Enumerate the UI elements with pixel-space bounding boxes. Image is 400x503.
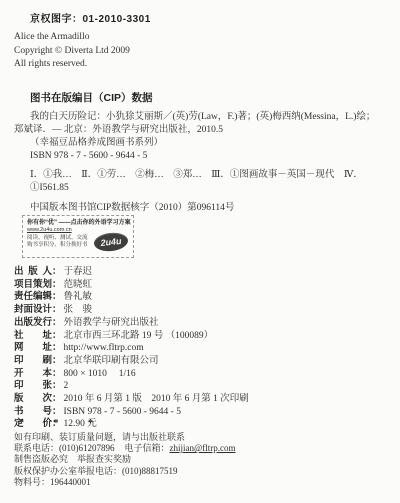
colophon-row-edition: 版次：2010 年 6 月第 1 版 2010 年 6 月第 1 次印刷	[14, 393, 394, 406]
colophon-colon: ：	[52, 355, 62, 366]
promo-website-link: www.2u4u.com.cn	[27, 227, 93, 235]
colophon-row-publishing-house: 出版发行：外语教学与研究出版社	[14, 317, 394, 330]
cip-series-line: （幸福豆品格养成图画书系列）	[14, 137, 390, 150]
colophon-row-publisher: 出版人：于春迟	[14, 266, 394, 279]
colophon-label: 书号	[14, 406, 52, 418]
promo-services-line: 阅读、视听、测试、交流	[27, 235, 93, 243]
colophon-value: ISBN 978 - 7 - 5600 - 9644 - 5	[62, 407, 181, 417]
english-copyright: Copyright © Diverta Ltd 2009	[14, 45, 130, 59]
colophon-value: 张 骏	[62, 305, 93, 315]
footer-anti-piracy-line: 制售盗版必究 举报查实奖励	[14, 454, 394, 465]
promo-points-line: 购书享积分、积分换好书	[27, 242, 93, 250]
colophon-colon: ：	[52, 393, 62, 404]
colophon-row-website: 网址：http://www.fltrp.com	[14, 342, 394, 355]
promo-box: 你有你“优” ——点击你的外语学习方案 www.2u4u.com.cn 阅读、视…	[22, 215, 134, 258]
colophon-row-book-number: 书号：ISBN 978 - 7 - 5600 - 9644 - 5	[14, 406, 394, 419]
colophon-label: 出版发行	[14, 317, 52, 329]
promo-headline: 你有你“优” ——点击你的外语学习方案	[27, 219, 129, 227]
cip-classification-line: Ⅰ．①我… Ⅱ．①劳… ②梅… ③郑… Ⅲ．①图画故事－英国－现代 Ⅳ．①I56…	[14, 169, 390, 195]
colophon-colon: ：	[52, 304, 62, 315]
colophon-row-project-planner: 项目策划：范晓虹	[14, 279, 394, 292]
footer-email: zhijian@fltrp.com	[170, 443, 236, 453]
colophon-value: 鲁礼敏	[62, 292, 93, 302]
colophon-label: 社址	[14, 330, 52, 342]
english-rights: All rights reserved.	[14, 58, 130, 72]
colophon-label: 版次	[14, 393, 52, 405]
colophon-label: 网址	[14, 342, 52, 354]
colophon-row-address: 社址：北京市西三环北路 19 号 （100089）	[14, 330, 394, 343]
cip-record-line2: 郑斌译．— 北京：外语教学与研究出版社，2010.5	[14, 124, 390, 137]
colophon-value: 北京市西三环北路 19 号 （100089）	[62, 331, 214, 341]
promo-left-column: www.2u4u.com.cn 阅读、视听、测试、交流 购书享积分、积分换好书	[27, 227, 93, 250]
colophon-value: 2	[62, 381, 69, 391]
copyright-page: 京权图字：01-2010-3301 Alice the Armadillo Co…	[0, 0, 400, 503]
colophon-colon: ：	[52, 279, 62, 290]
colophon-label: 印刷	[14, 355, 52, 367]
footer-quality-line: 如有印刷、装订质量问题，请与出版社联系	[14, 432, 394, 443]
colophon-colon: ：	[52, 342, 62, 353]
colophon-label: 责任编辑	[14, 291, 52, 303]
colophon-colon: ：	[52, 406, 62, 417]
footer-report-line: 版权保护办公室举报电话：(010)88817519	[14, 466, 394, 477]
colophon-colon: ：	[52, 266, 62, 277]
colophon-row-printer: 印刷：北京华联印刷有限公司	[14, 355, 394, 368]
colophon-value: http://www.fltrp.com	[62, 343, 144, 353]
cip-registry-line: 中国版本图书馆CIP数据核字（2010）第096114号	[14, 202, 390, 215]
colophon-colon: ：	[52, 291, 62, 302]
colophon-value: 北京华联印刷有限公司	[62, 356, 159, 366]
cip-record-line1: 我的白天历险记：小犰狳艾丽斯／(英)劳(Law，F.)著；(英)梅西纳(Mess…	[14, 111, 390, 124]
colophon-value: 范晓虹	[62, 280, 93, 290]
colophon-colon: ：	[52, 330, 62, 341]
colophon-colon: ：	[52, 317, 62, 328]
cip-heading: 图书在版编目（CIP）数据	[30, 90, 153, 105]
colophon-colon: ：	[52, 380, 62, 391]
colophon-value: 于春迟	[62, 267, 93, 277]
colophon-label: 出版人	[14, 266, 52, 278]
colophon-value: 外语教学与研究出版社	[62, 318, 159, 328]
colophon-label: 印张	[14, 380, 52, 392]
footer-contact-line: 联系电话：(010)61207896电子信箱：zhijian@fltrp.com	[14, 443, 394, 454]
colophon-label: 项目策划	[14, 279, 52, 291]
colophon-row-format: 开本：800 × 1010 1/16	[14, 368, 394, 381]
colophon-label: 开本	[14, 368, 52, 380]
footer-block: 如有印刷、装订质量问题，请与出版社联系 联系电话：(010)61207896电子…	[14, 432, 394, 488]
english-title: Alice the Armadillo	[14, 31, 130, 45]
cip-body: 我的白天历险记：小犰狳艾丽斯／(英)劳(Law，F.)著；(英)梅西纳(Mess…	[14, 111, 390, 215]
colophon-colon: ：	[52, 368, 62, 379]
colophon-value: 800 × 1010 1/16	[62, 369, 136, 379]
colophon-row-sheets: 印张：2	[14, 380, 394, 393]
footer-phone: 联系电话：(010)61207896	[14, 443, 115, 453]
section-separator-stars: * * *	[19, 418, 93, 429]
license-number-line: 京权图字：01-2010-3301	[30, 10, 151, 25]
colophon-row-editor: 责任编辑：鲁礼敏	[14, 291, 394, 304]
cip-isbn-line: ISBN 978 - 7 - 5600 - 9644 - 5	[14, 150, 390, 163]
colophon-label: 封面设计	[14, 304, 52, 316]
2u4u-logo-icon: 2u4u	[93, 231, 129, 252]
english-copyright-block: Alice the Armadillo Copyright © Diverta …	[14, 31, 130, 72]
colophon-value: 2010 年 6 月第 1 版 2010 年 6 月第 1 次印刷	[62, 394, 249, 404]
footer-material-line: 物料号：196440001	[14, 477, 394, 488]
colophon-list: 出版人：于春迟 项目策划：范晓虹 责任编辑：鲁礼敏 封面设计：张 骏 出版发行：…	[14, 266, 394, 431]
colophon-row-cover-design: 封面设计：张 骏	[14, 304, 394, 317]
footer-email-label: 电子信箱：	[125, 443, 170, 453]
